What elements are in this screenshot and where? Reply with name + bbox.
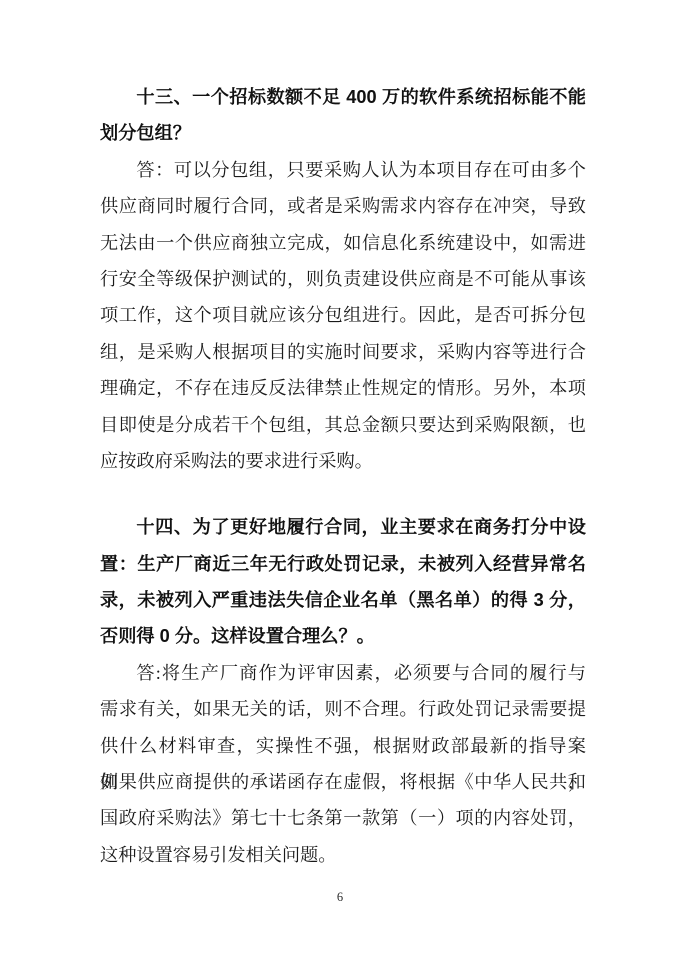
answer-line: 供应商同时履行合同，或者是采购需求内容存在冲突，导致 bbox=[100, 188, 586, 224]
answer-line: 无法由一个供应商独立完成，如信息化系统建设中，如需进 bbox=[100, 225, 586, 261]
qa-section-1: 十三、一个招标数额不足 400 万的软件系统招标能不能划分包组？答：可以分包组，… bbox=[100, 79, 586, 479]
answer-line: 答:将生产厂商作为评审因素，必须要与合同的履行与 bbox=[100, 655, 586, 691]
answer-line: 目即使是分成若干个包组，其总金额只要达到采购限额，也 bbox=[100, 407, 586, 443]
question-heading: 十三、一个招标数额不足 400 万的软件系统招标能不能划分包组？ bbox=[100, 79, 586, 152]
answer-line: 如果供应商提供的承诺函存在虚假，将根据《中华人民共和 bbox=[100, 764, 586, 800]
page-footer: 6 bbox=[0, 888, 680, 906]
question-heading: 十四、为了更好地履行合同，业主要求在商务打分中设置：生产厂商近三年无行政处罚记录… bbox=[100, 509, 586, 655]
answer-line: 行安全等级保护测试的，则负责建设供应商是不可能从事该 bbox=[100, 261, 586, 297]
heading-line: 十三、一个招标数额不足 400 万的软件系统招标能不能 bbox=[100, 79, 586, 115]
heading-line: 录，未被列入严重违法失信企业名单（黑名单）的得 3 分， bbox=[100, 582, 586, 618]
answer-line: 国政府采购法》第七十七条第一款第（一）项的内容处罚， bbox=[100, 800, 586, 836]
document-page: 十三、一个招标数额不足 400 万的软件系统招标能不能划分包组？答：可以分包组，… bbox=[0, 0, 680, 962]
answer-paragraph: 答:将生产厂商作为评审因素，必须要与合同的履行与需求有关，如果无关的话，则不合理… bbox=[100, 655, 586, 873]
heading-line: 十四、为了更好地履行合同，业主要求在商务打分中设 bbox=[100, 509, 586, 545]
document-content: 十三、一个招标数额不足 400 万的软件系统招标能不能划分包组？答：可以分包组，… bbox=[100, 79, 586, 873]
answer-line: 答：可以分包组，只要采购人认为本项目存在可由多个 bbox=[100, 152, 586, 188]
answer-line: 需求有关，如果无关的话，则不合理。行政处罚记录需要提 bbox=[100, 691, 586, 727]
answer-line: 应按政府采购法的要求进行采购。 bbox=[100, 443, 586, 479]
answer-paragraph: 答：可以分包组，只要采购人认为本项目存在可由多个供应商同时履行合同，或者是采购需… bbox=[100, 152, 586, 480]
answer-line: 理确定，不存在违反反法律禁止性规定的情形。另外，本项 bbox=[100, 370, 586, 406]
answer-line: 这种设置容易引发相关问题。 bbox=[100, 837, 586, 873]
heading-line: 否则得 0 分。这样设置合理么？。 bbox=[100, 618, 586, 654]
answer-line: 项工作，这个项目就应该分包组进行。因此，是否可拆分包 bbox=[100, 297, 586, 333]
qa-section-2: 十四、为了更好地履行合同，业主要求在商务打分中设置：生产厂商近三年无行政处罚记录… bbox=[100, 509, 586, 873]
heading-line: 置：生产厂商近三年无行政处罚记录，未被列入经营异常名 bbox=[100, 546, 586, 582]
answer-line: 组，是采购人根据项目的实施时间要求，采购内容等进行合 bbox=[100, 334, 586, 370]
heading-line: 划分包组？ bbox=[100, 115, 586, 151]
answer-line: 供什么材料审查，实操性不强，根据财政部最新的指导案例， bbox=[100, 728, 586, 764]
page-number: 6 bbox=[337, 890, 343, 904]
